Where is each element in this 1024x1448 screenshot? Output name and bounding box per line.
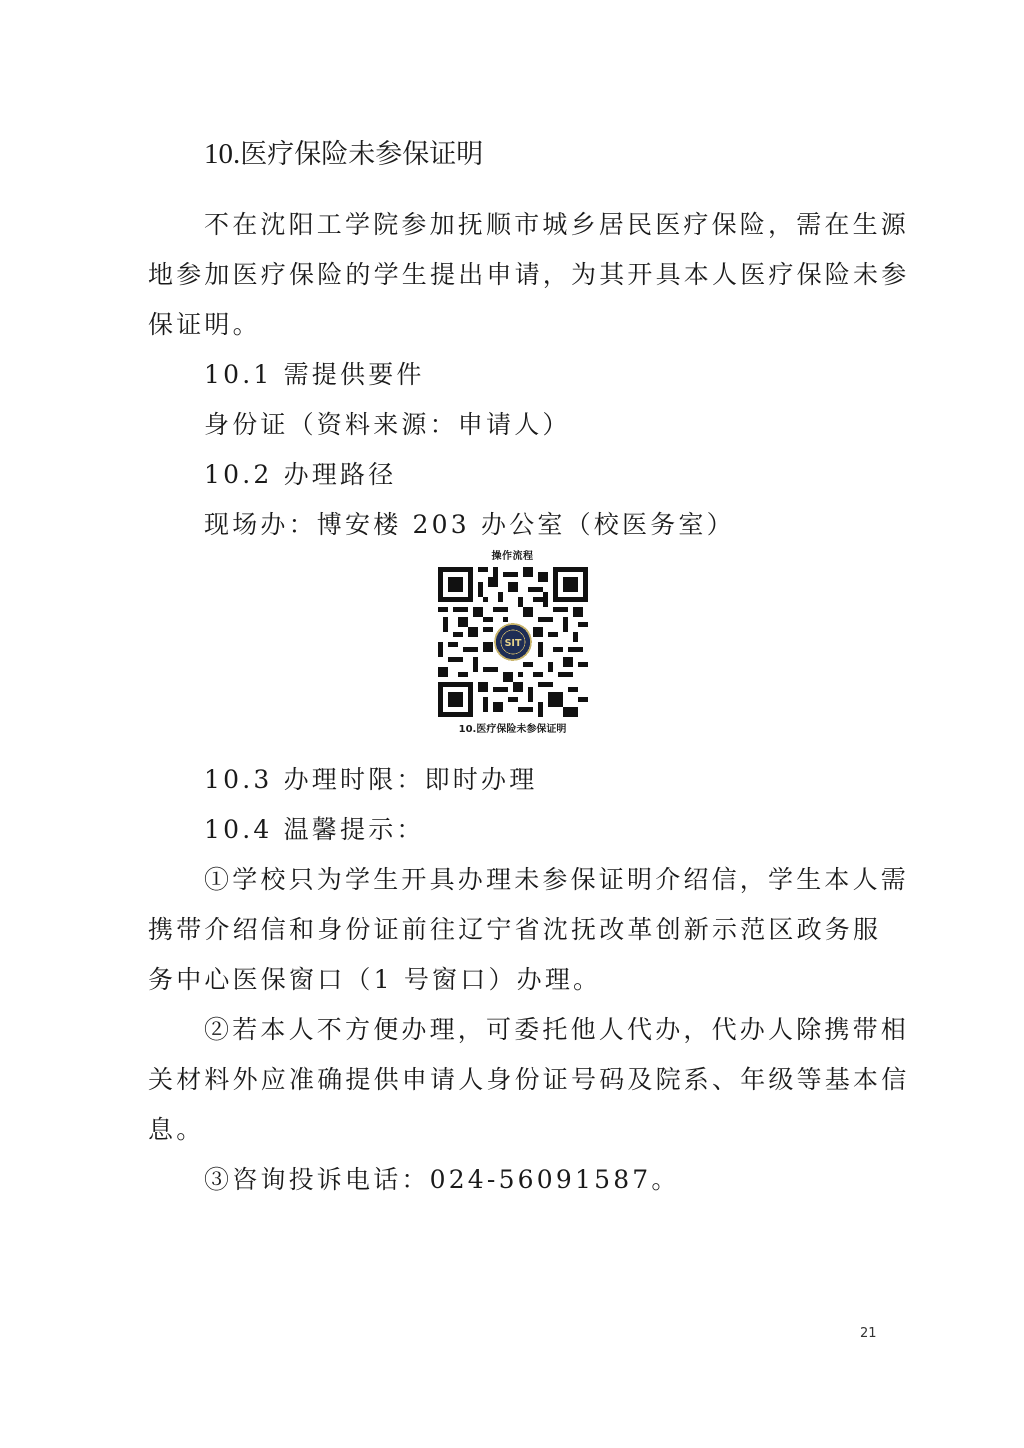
section-title: 医疗保险未参保证明	[240, 139, 483, 170]
tip-2-line-2: 关材料外应准确提供申请人身份证号码及院系、年级等基本信	[148, 1055, 909, 1105]
subheading-10-3: 10.3 办理时限：即时办理	[204, 755, 537, 805]
processing-location: 现场办：博安楼 203 办公室（校医务室）	[204, 500, 735, 550]
intro-line-2: 地参加医疗保险的学生提出申请，为其开具本人医疗保险未参	[148, 250, 909, 300]
section-number: 10.	[204, 138, 240, 170]
tip-2-line-3: 息。	[148, 1105, 204, 1155]
page-number: 21	[860, 1326, 877, 1341]
intro-line-1: 不在沈阳工学院参加抚顺市城乡居民医疗保险，需在生源	[204, 200, 909, 250]
subheading-10-4: 10.4 温馨提示：	[204, 805, 425, 855]
subheading-10-2: 10.2 办理路径	[204, 450, 396, 500]
section-heading: 10.医疗保险未参保证明	[204, 132, 483, 171]
svg-text:SIT: SIT	[505, 638, 522, 649]
intro-line-3: 保证明。	[148, 300, 261, 350]
tip-2-line-1: ②若本人不方便办理，可委托他人代办，代办人除携带相	[204, 1005, 909, 1055]
subheading-10-1: 10.1 需提供要件	[204, 350, 425, 400]
tip-1-line-3: 务中心医保窗口（1 号窗口）办理。	[148, 955, 601, 1005]
required-documents: 身份证（资料来源：申请人）	[204, 400, 571, 450]
qr-caption: 10.医疗保险未参保证明	[430, 720, 595, 735]
tip-1-line-2: 携带介绍信和身份证前往辽宁省沈抚改革创新示范区政务服	[148, 905, 881, 955]
qr-code-icon[interactable]: SIT	[438, 567, 588, 717]
tip-3-contact-phone: ③咨询投诉电话：024-56091587。	[204, 1155, 680, 1205]
qr-block: 操作流程	[430, 545, 595, 735]
tip-1-line-1: ①学校只为学生开具办理未参保证明介绍信，学生本人需	[204, 855, 909, 905]
qr-title: 操作流程	[430, 547, 595, 562]
